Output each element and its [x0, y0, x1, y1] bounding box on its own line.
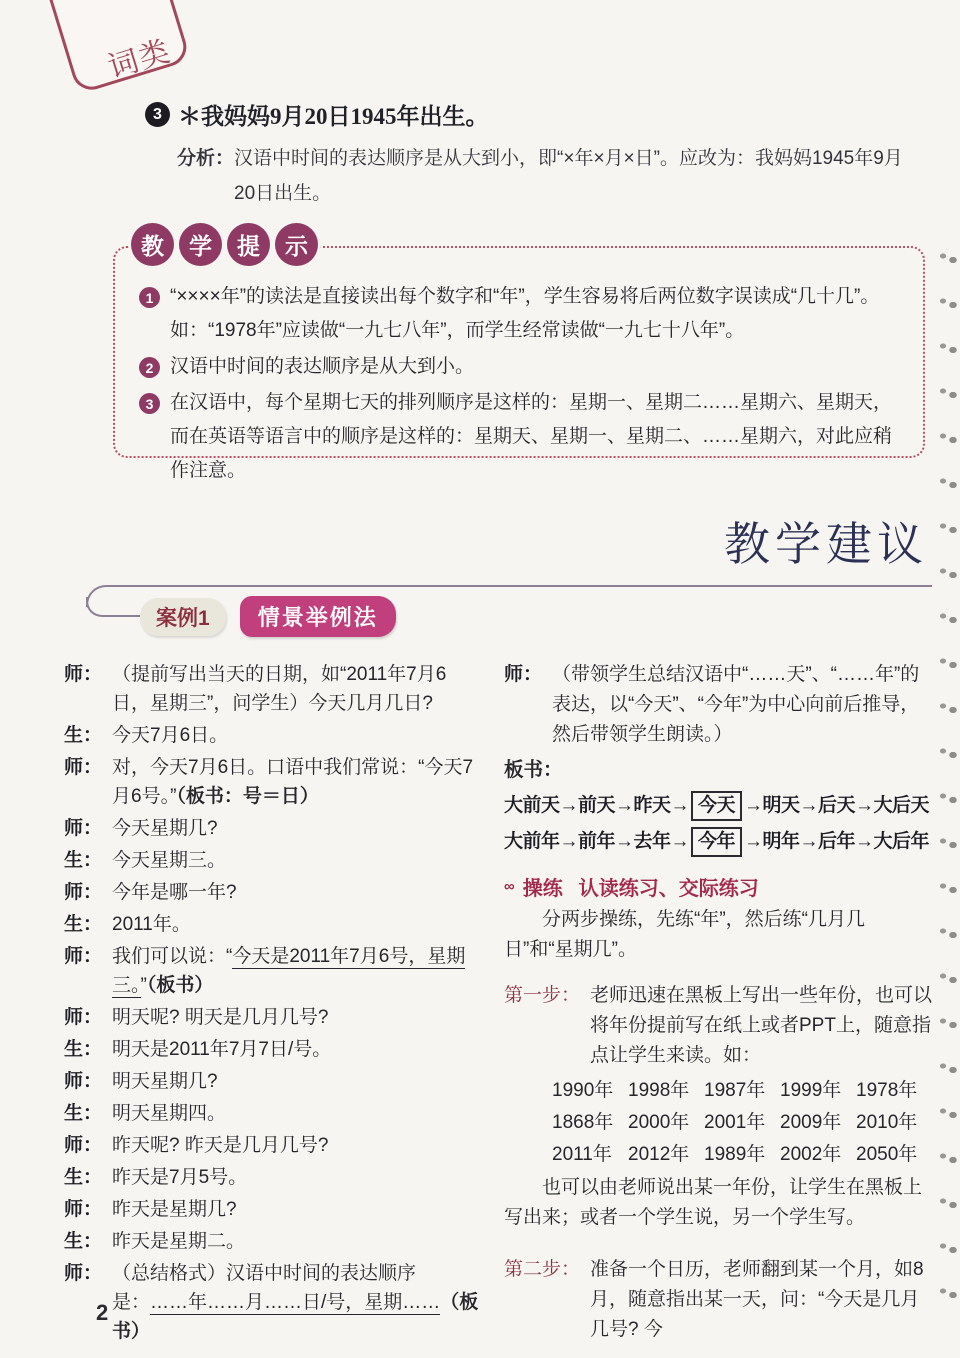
chapter-tab: 词类 [43, 0, 192, 95]
example-sentence: ＊我妈妈9月20日1945年出生。 [178, 98, 489, 131]
page-number: 2 [96, 1300, 108, 1326]
tip-item: 3 在汉语中，每个星期七天的排列顺序是这样的：星期一、星期二……星期六、星期天，… [139, 386, 899, 488]
tip-text: 在汉语中，每个星期七天的排列顺序是这样的：星期一、星期二……星期六、星期天，而在… [170, 386, 899, 488]
step-one-followup: 也可以由老师说出某一年份，让学生在黑板上写出来；或者一个学生说，另一个学生写。 [504, 1173, 932, 1233]
years-grid: 1990年1998年1987年1999年1978年 1868年2000年2001… [552, 1075, 932, 1171]
tip-item: 2 汉语中时间的表达顺序是从大到小。 [139, 350, 899, 384]
dialogue-line: 师：对，今天7月6日。口语中我们常说：“今天7月6号。”（板书：号＝日） [64, 753, 482, 811]
dialogue-column-right: 师： （带领学生总结汉语中“……天”、“……年”的表达，以“今天”、“今年”为中… [504, 660, 932, 1345]
years-row: 1990年1998年1987年1999年1978年 [552, 1075, 932, 1107]
boxed-this-year: 今年 [691, 827, 742, 857]
board-line-years: 大前年→前年→去年→今年→明年→后年→大后年 [504, 824, 932, 860]
practice-sublabel: 认读练习、交际练习 [579, 872, 759, 901]
dialogue-line: 师：昨天呢? 昨天是几月几号? [64, 1131, 482, 1160]
dialogue-line: 生：明天是2011年7月7日/号。 [64, 1035, 482, 1064]
step-one-text: 老师迅速在黑板上写出一些年份，也可以将年份提前写在纸上或者PPT上，随意指点让学… [590, 985, 932, 1066]
dialogue-line: 生：明天星期四。 [64, 1099, 482, 1128]
tip-item: 1 “××××年”的读法是直接读出每个数字和“年”，学生容易将后两位数字误读成“… [139, 280, 899, 348]
years-row: 2011年2012年1989年2002年2050年 [552, 1139, 932, 1171]
dialogue-line: 师：明天星期几? [64, 1067, 482, 1096]
teaching-tips-title: 教 学 提 示 [131, 223, 323, 266]
case-method-badge: 情景举例法 [240, 596, 396, 637]
analysis-text-line2: 20日出生。 [177, 176, 925, 211]
dialogue-line: 生：昨天是星期二。 [64, 1227, 482, 1256]
item-number-badge: 3 [145, 102, 170, 127]
dialogue-line: 师：我们可以说：“今天是2011年7月6号，星期三。”（板书） [64, 942, 482, 1000]
dialogue-line: 师：明天呢? 明天是几月几号? [64, 1003, 482, 1032]
teaching-tips-box: 教 学 提 示 1 “××××年”的读法是直接读出每个数字和“年”，学生容易将后… [113, 246, 925, 458]
practice-label: 操练 [523, 872, 563, 901]
heading-underline-curve [86, 597, 140, 617]
step-two-label: 第二步： [504, 1255, 580, 1285]
tip-number-badge: 3 [139, 393, 160, 414]
dialogue-line: 师：今天星期几? [64, 814, 482, 843]
step-two-text: 准备一个日历，老师翻到某一个月，如8月，随意指出某一天，问：“今天是几月几号? … [590, 1259, 924, 1340]
case-badges: 案例1 情景举例法 [140, 596, 396, 637]
example-analysis: 分析：汉语中时间的表达顺序是从大到小，即“×年×月×日”。应改为：我妈妈1945… [177, 141, 925, 211]
practice-intro: 分两步操练，先练“年”，然后练“几月几日”和“星期几”。 [504, 905, 932, 965]
dialogue-line: 师： （带领学生总结汉语中“……天”、“……年”的表达，以“今天”、“今年”为中… [504, 660, 932, 750]
case-label-badge: 案例1 [140, 598, 226, 636]
example-item: 3 ＊我妈妈9月20日1945年出生。 分析：汉语中时间的表达顺序是从大到小，即… [145, 98, 925, 211]
dialogue-line: 师：（提前写出当天的日期，如“2011年7月6日，星期三”，问学生）今天几月几日… [64, 660, 482, 718]
dialogue-line: 师：昨天是星期几? [64, 1195, 482, 1224]
section-heading: 教学建议 [724, 508, 928, 574]
tip-text: 汉语中时间的表达顺序是从大到小。 [170, 350, 899, 384]
dialogue-line: 生：2011年。 [64, 910, 482, 939]
dialogue-column-left: 师：（提前写出当天的日期，如“2011年7月6日，星期三”，问学生）今天几月几日… [64, 660, 482, 1349]
boxed-today: 今天 [691, 791, 742, 821]
analysis-label: 分析： [177, 148, 234, 169]
tips-title-char: 教 [131, 223, 174, 266]
dialogue-line: 生：今天星期三。 [64, 846, 482, 875]
analysis-text-line1: 汉语中时间的表达顺序是从大到小，即“×年×月×日”。应改为：我妈妈1945年9月 [234, 148, 903, 169]
years-row: 1868年2000年2001年2009年2010年 [552, 1107, 932, 1139]
tips-title-char: 提 [227, 223, 270, 266]
tips-title-char: 学 [179, 223, 222, 266]
dialogue-line: 生：今天7月6日。 [64, 721, 482, 750]
spiral-binding-marks [936, 244, 960, 1316]
tips-title-char: 示 [275, 223, 318, 266]
chain-link-icon: ∞ [504, 878, 515, 895]
step-two: 第二步： 准备一个日历，老师翻到某一个月，如8月，随意指出某一天，问：“今天是几… [504, 1255, 932, 1345]
dialogue-line: 师：今年是哪一年? [64, 878, 482, 907]
tip-number-badge: 1 [139, 287, 160, 308]
tip-number-badge: 2 [139, 357, 160, 378]
board-label: 板书： [504, 754, 932, 782]
dialogue-line: 师：（总结格式）汉语中时间的表达顺序是：……年……月……日/号，星期……（板书） [64, 1259, 482, 1346]
chapter-tab-label: 词类 [102, 26, 176, 87]
board-line-days: 大前天→前天→昨天→今天→明天→后天→大后天 [504, 788, 932, 824]
step-one: 第一步： 老师迅速在黑板上写出一些年份，也可以将年份提前写在纸上或者PPT上，随… [504, 981, 932, 1071]
tip-text: “××××年”的读法是直接读出每个数字和“年”，学生容易将后两位数字误读成“几十… [170, 280, 899, 348]
practice-heading: ∞ 操练 认读练习、交际练习 [504, 872, 932, 901]
step-one-label: 第一步： [504, 981, 580, 1011]
dialogue-line: 生：昨天是7月5号。 [64, 1163, 482, 1192]
